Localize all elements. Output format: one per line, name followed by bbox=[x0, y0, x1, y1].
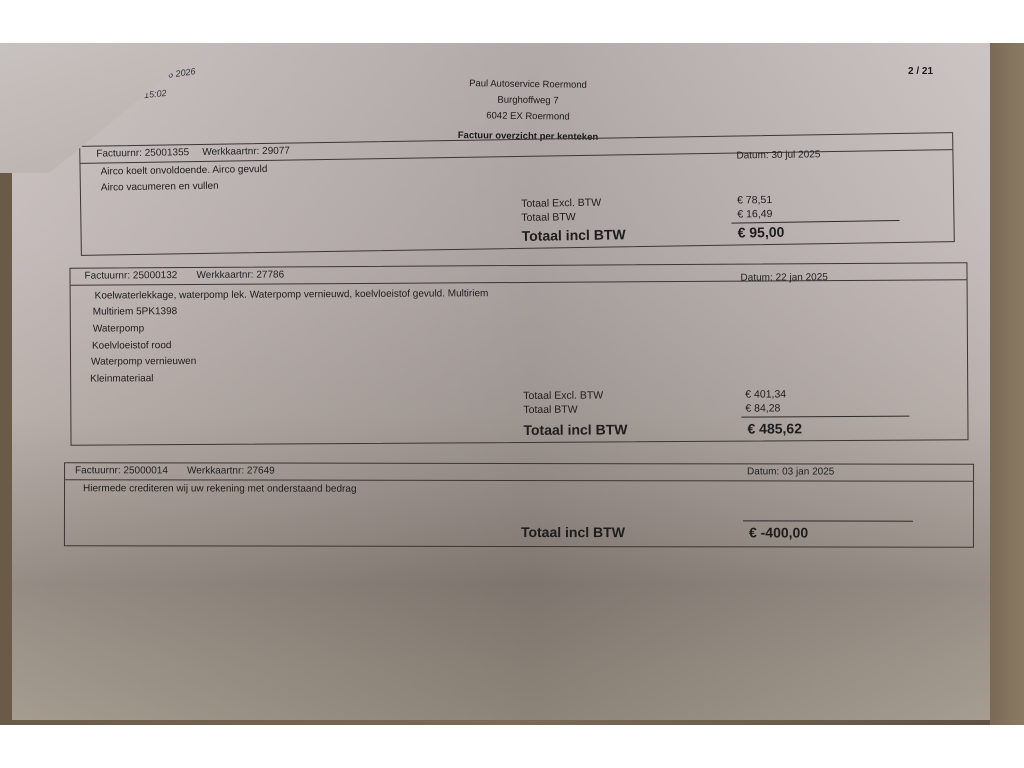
workcard-number: Werkkaartnr: 27649 bbox=[187, 465, 275, 476]
sum-line bbox=[741, 416, 909, 418]
line-item: Koelvloeistof rood bbox=[92, 340, 172, 351]
page-number: 2 / 21 bbox=[908, 66, 933, 77]
invoice-block-3: Factuurnr: 25000014 Werkkaartnr: 27649 D… bbox=[64, 462, 974, 548]
line-item: Waterpomp bbox=[93, 323, 144, 334]
workcard-number: Werkkaartnr: 29077 bbox=[202, 146, 290, 158]
total-incl-label: Totaal incl BTW bbox=[523, 421, 627, 438]
line-item: Kleinmateriaal bbox=[90, 373, 153, 384]
total-excl-label: Totaal Excl. BTW bbox=[523, 389, 603, 401]
bottom-margin bbox=[0, 725, 1024, 768]
total-btw-value: € 84,28 bbox=[745, 402, 780, 414]
total-incl-label: Totaal incl BTW bbox=[522, 226, 626, 244]
total-incl-label: Totaal incl BTW bbox=[521, 524, 625, 540]
line-item: Waterpomp vernieuwen bbox=[91, 356, 196, 368]
line-item: Multiriem 5PK1398 bbox=[93, 306, 178, 318]
total-btw-label: Totaal BTW bbox=[523, 404, 577, 416]
invoice-date: Datum: 30 jul 2025 bbox=[736, 149, 820, 161]
invoice-block-2: Factuurnr: 25000132 Werkkaartnr: 27786 D… bbox=[69, 262, 968, 445]
workcard-number: Werkkaartnr: 27786 bbox=[196, 269, 284, 281]
line-item: Koelwaterlekkage, waterpomp lek. Waterpo… bbox=[95, 288, 489, 301]
total-excl-value: € 401,34 bbox=[745, 388, 786, 400]
invoice-block-1: Factuurnr: 25001355 Werkkaartnr: 29077 D… bbox=[79, 132, 955, 256]
photo-background: 6 2026 15:02 Paul Autoservice Roermond B… bbox=[0, 43, 1024, 725]
total-incl-value: € 95,00 bbox=[738, 224, 785, 241]
line-item: Airco vacumeren en vullen bbox=[101, 181, 219, 194]
invoice-header: Factuurnr: 25000014 Werkkaartnr: 27649 D… bbox=[65, 463, 973, 482]
invoice-number: Factuurnr: 25001355 bbox=[96, 147, 189, 159]
total-excl-label: Totaal Excl. BTW bbox=[521, 197, 601, 210]
line-item: Airco koelt onvoldoende. Airco gevuld bbox=[101, 164, 268, 178]
sum-line bbox=[743, 520, 913, 521]
total-excl-value: € 78,51 bbox=[737, 194, 772, 207]
invoice-header: Factuurnr: 25000132 Werkkaartnr: 27786 D… bbox=[70, 263, 966, 285]
sum-line bbox=[731, 220, 899, 224]
invoice-number: Factuurnr: 25000132 bbox=[84, 270, 177, 282]
line-item: Hiermede crediteren wij uw rekening met … bbox=[83, 483, 357, 494]
total-incl-value: € -400,00 bbox=[749, 524, 808, 540]
total-btw-label: Totaal BTW bbox=[521, 211, 575, 224]
invoice-date: Datum: 03 jan 2025 bbox=[747, 466, 834, 477]
total-btw-value: € 16,49 bbox=[737, 208, 772, 221]
table-surface bbox=[990, 43, 1024, 725]
total-incl-value: € 485,62 bbox=[747, 420, 802, 436]
invoice-number: Factuurnr: 25000014 bbox=[75, 465, 168, 476]
invoice-date: Datum: 22 jan 2025 bbox=[741, 272, 828, 284]
